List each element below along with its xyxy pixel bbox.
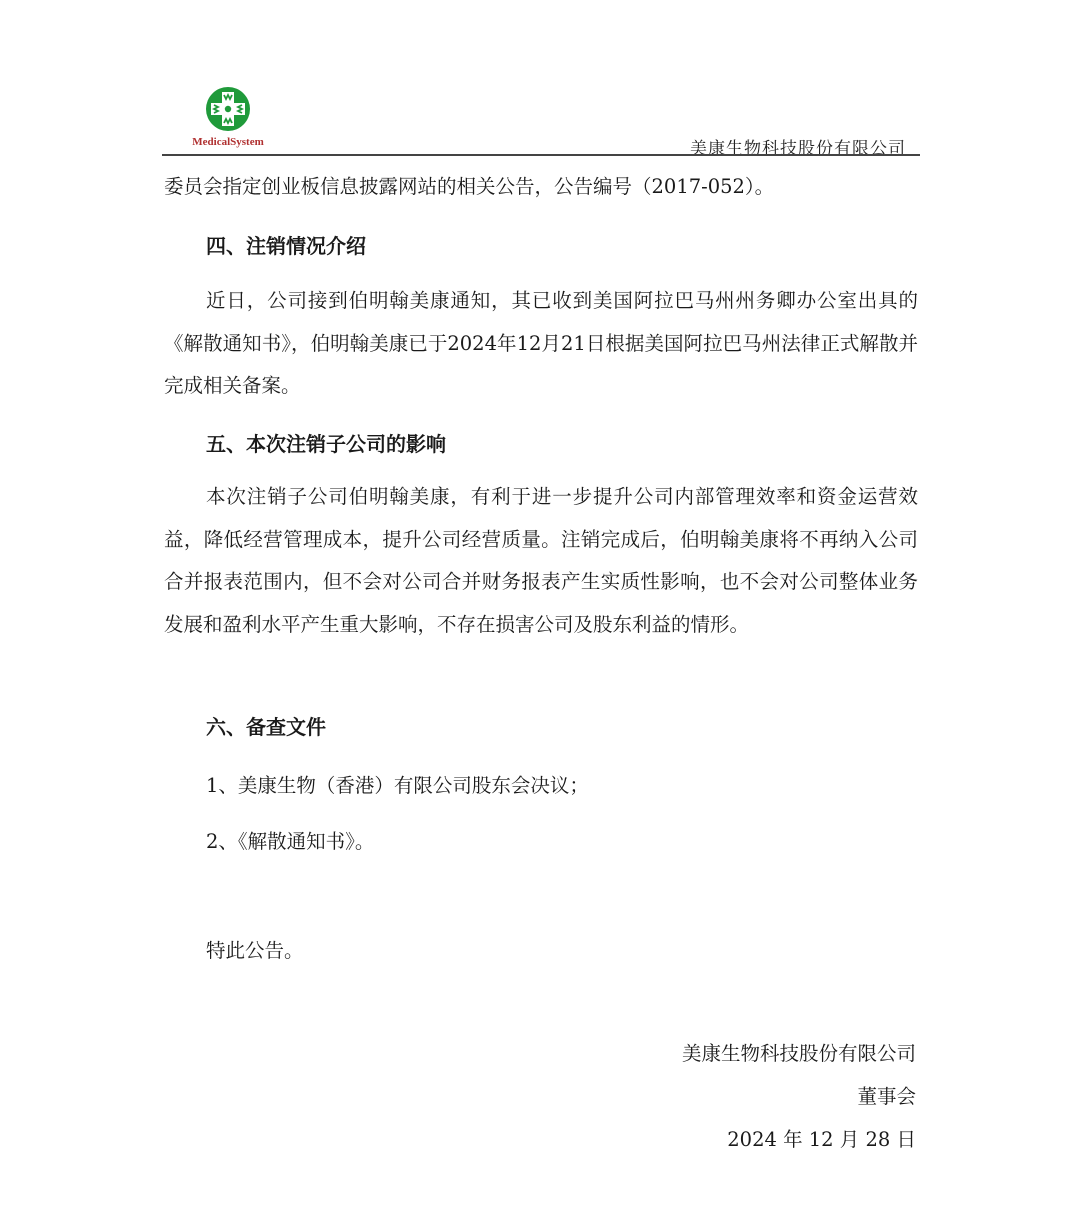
section-heading-4: 四、注销情况介绍	[206, 230, 366, 259]
signature-date: 2024 年 12 月 28 日	[727, 1124, 916, 1152]
reference-item-1: 1、美康生物（香港）有限公司股东会决议；	[206, 770, 589, 798]
section-heading-5: 五、本次注销子公司的影响	[206, 428, 446, 457]
signature-board: 董事会	[857, 1081, 916, 1109]
company-logo: MedicalSystem	[186, 86, 270, 148]
medical-cross-logo-icon	[205, 86, 251, 132]
section-paragraph-4: 近日，公司接到伯明翰美康通知，其已收到美国阿拉巴马州州务卿办公室出具的《解散通知…	[164, 280, 918, 408]
reference-item-2: 2、《解散通知书》。	[206, 826, 374, 854]
continuation-paragraph: 委员会指定创业板信息披露网站的相关公告，公告编号（2017-052）。	[164, 166, 918, 209]
section-heading-6: 六、备查文件	[206, 711, 326, 740]
closing-statement: 特此公告。	[206, 935, 304, 963]
signature-company: 美康生物科技股份有限公司	[682, 1038, 916, 1066]
header-divider	[162, 154, 920, 156]
logo-text: MedicalSystem	[186, 136, 270, 148]
section-paragraph-5: 本次注销子公司伯明翰美康，有利于进一步提升公司内部管理效率和资金运营效益，降低经…	[164, 476, 918, 646]
